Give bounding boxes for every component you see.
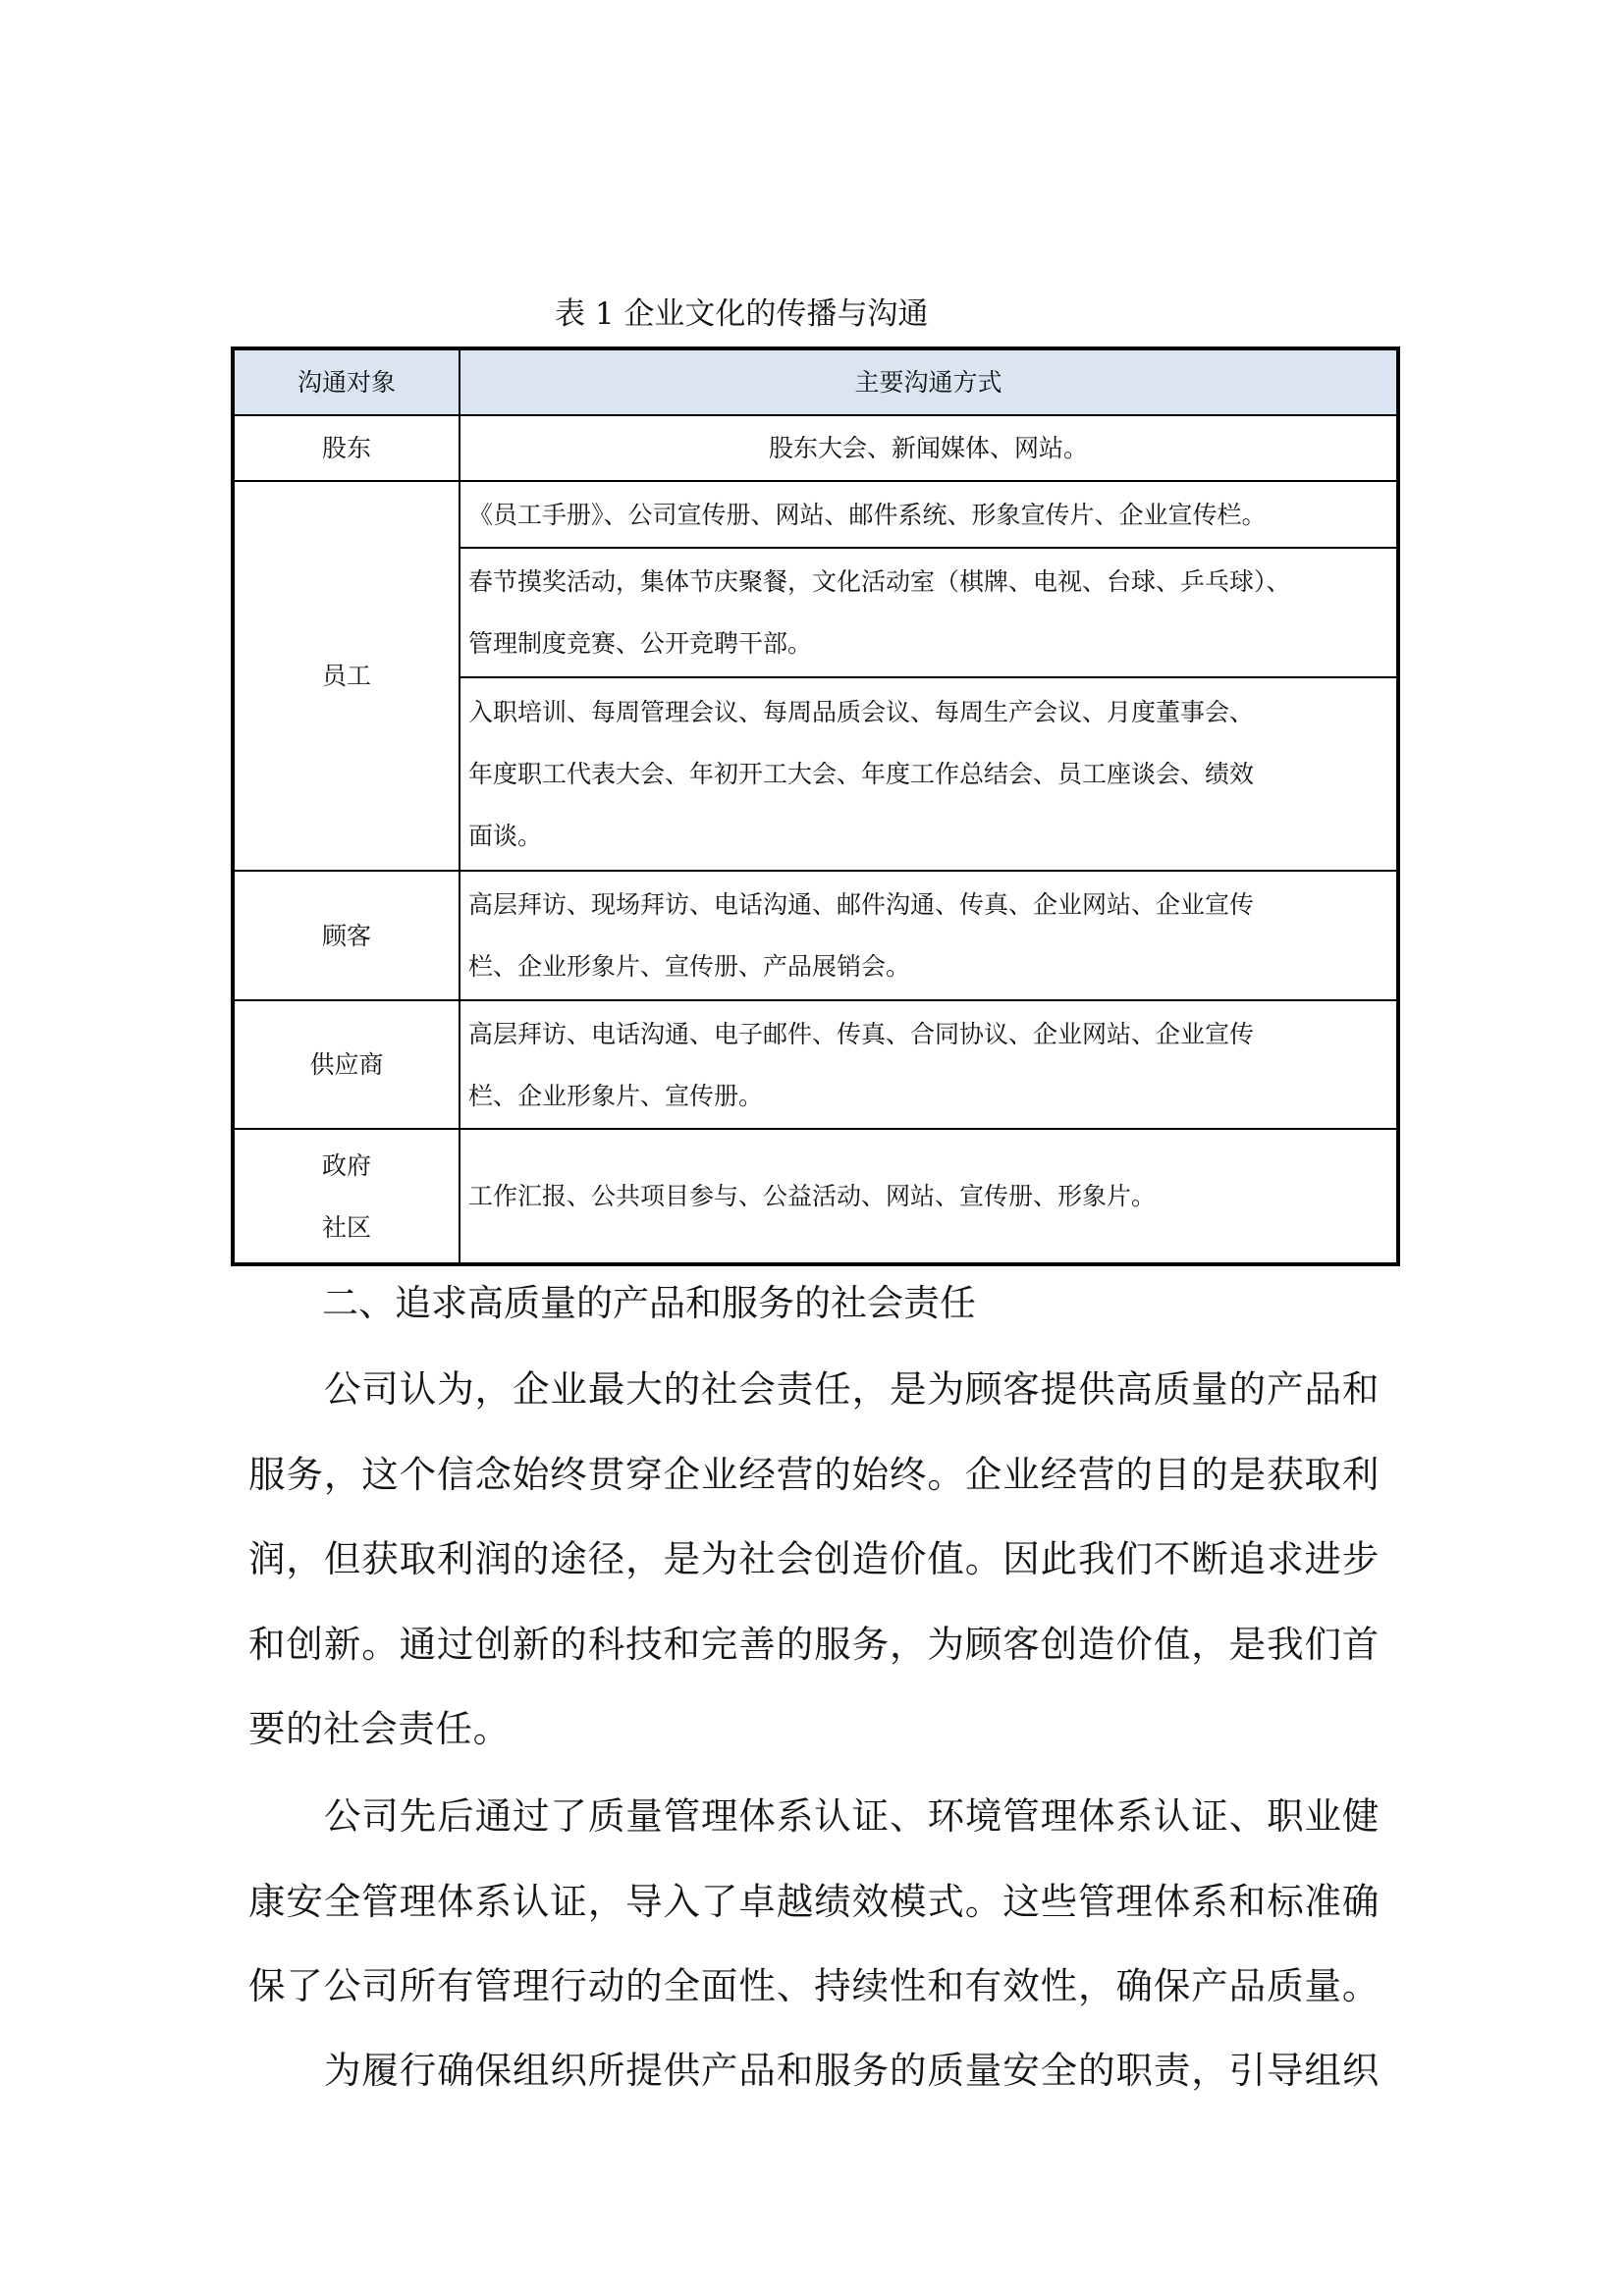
cell-line: 年度职工代表大会、年初开工大会、年度工作总结会、员工座谈会、绩效 bbox=[468, 743, 1388, 805]
paragraph: 为履行确保组织所提供产品和服务的质量安全的职责，引导组织 bbox=[248, 2028, 1380, 2113]
method-cell: 高层拜访、现场拜访、电话沟通、邮件沟通、传真、企业网站、企业宣传 栏、企业形象片… bbox=[460, 871, 1398, 1000]
method-cell: 股东大会、新闻媒体、网站。 bbox=[460, 415, 1398, 481]
table-header-row: 沟通对象 主要沟通方式 bbox=[233, 348, 1398, 415]
cell-line: 栏、企业形象片、宣传册。 bbox=[468, 1065, 1388, 1127]
cell-line: 管理制度竞赛、公开竞聘干部。 bbox=[468, 613, 1388, 674]
method-cell: 春节摸奖活动，集体节庆聚餐，文化活动室（棋牌、电视、台球、乒乓球）、 管理制度竞… bbox=[460, 548, 1398, 677]
cell-line: 社区 bbox=[243, 1197, 451, 1258]
header-target: 沟通对象 bbox=[233, 348, 460, 415]
target-cell: 顾客 bbox=[233, 871, 460, 1000]
table-row: 供应商 高层拜访、电话沟通、电子邮件、传真、合同协议、企业网站、企业宣传 栏、企… bbox=[233, 1000, 1398, 1129]
text-line: 服务，这个信念始终贯穿企业经营的始终。企业经营的目的是获取利 bbox=[248, 1432, 1380, 1518]
table-row: 员工 《员工手册》、公司宣传册、网站、邮件系统、形象宣传片、企业宣传栏。 bbox=[233, 481, 1398, 548]
text-line: 康安全管理体系认证，导入了卓越绩效模式。这些管理体系和标准确 bbox=[248, 1859, 1380, 1945]
target-cell: 政府 社区 bbox=[233, 1129, 460, 1264]
method-cell: 高层拜访、电话沟通、电子邮件、传真、合同协议、企业网站、企业宣传 栏、企业形象片… bbox=[460, 1000, 1398, 1129]
cell-line: 入职培训、每周管理会议、每周品质会议、每周生产会议、月度董事会、 bbox=[468, 681, 1388, 743]
method-cell: 入职培训、每周管理会议、每周品质会议、每周生产会议、月度董事会、 年度职工代表大… bbox=[460, 677, 1398, 871]
target-cell: 股东 bbox=[233, 415, 460, 481]
section-heading: 二、追求高质量的产品和服务的社会责任 bbox=[322, 1282, 976, 1325]
text-line: 保了公司所有管理行动的全面性、持续性和有效性，确保产品质量。 bbox=[248, 1944, 1380, 2029]
header-method: 主要沟通方式 bbox=[460, 348, 1398, 415]
paragraph: 公司认为，企业最大的社会责任，是为顾客提供高质量的产品和 服务，这个信念始终贯穿… bbox=[248, 1347, 1380, 1772]
method-cell: 《员工手册》、公司宣传册、网站、邮件系统、形象宣传片、企业宣传栏。 bbox=[460, 481, 1398, 548]
cell-line: 栏、企业形象片、宣传册、产品展销会。 bbox=[468, 935, 1388, 997]
table-row: 政府 社区 工作汇报、公共项目参与、公益活动、网站、宣传册、形象片。 bbox=[233, 1129, 1398, 1264]
text-line: 润，但获取利润的途径，是为社会创造价值。因此我们不断追求进步 bbox=[248, 1517, 1380, 1602]
table-caption: 表 1 企业文化的传播与沟通 bbox=[555, 293, 967, 336]
communication-table: 沟通对象 主要沟通方式 股东 股东大会、新闻媒体、网站。 员工 《员工手册》、公… bbox=[231, 347, 1400, 1266]
method-cell: 工作汇报、公共项目参与、公益活动、网站、宣传册、形象片。 bbox=[460, 1129, 1398, 1264]
text-line: 和创新。通过创新的科技和完善的服务，为顾客创造价值，是我们首 bbox=[248, 1602, 1380, 1687]
text-line: 公司认为，企业最大的社会责任，是为顾客提供高质量的产品和 bbox=[248, 1347, 1380, 1432]
table-row: 顾客 高层拜访、现场拜访、电话沟通、邮件沟通、传真、企业网站、企业宣传 栏、企业… bbox=[233, 871, 1398, 1000]
paragraph: 公司先后通过了质量管理体系认证、环境管理体系认证、职业健 康安全管理体系认证，导… bbox=[248, 1774, 1380, 2029]
text-line: 公司先后通过了质量管理体系认证、环境管理体系认证、职业健 bbox=[248, 1774, 1380, 1859]
text-line: 为履行确保组织所提供产品和服务的质量安全的职责，引导组织 bbox=[248, 2028, 1380, 2113]
cell-line: 高层拜访、电话沟通、电子邮件、传真、合同协议、企业网站、企业宣传 bbox=[468, 1003, 1388, 1065]
text-line: 要的社会责任。 bbox=[248, 1686, 1380, 1772]
table-row: 股东 股东大会、新闻媒体、网站。 bbox=[233, 415, 1398, 481]
target-cell: 员工 bbox=[233, 481, 460, 871]
cell-line: 春节摸奖活动，集体节庆聚餐，文化活动室（棋牌、电视、台球、乒乓球）、 bbox=[468, 551, 1388, 613]
cell-line: 高层拜访、现场拜访、电话沟通、邮件沟通、传真、企业网站、企业宣传 bbox=[468, 874, 1388, 935]
cell-line: 政府 bbox=[243, 1135, 451, 1197]
cell-line: 面谈。 bbox=[468, 805, 1388, 867]
target-cell: 供应商 bbox=[233, 1000, 460, 1129]
